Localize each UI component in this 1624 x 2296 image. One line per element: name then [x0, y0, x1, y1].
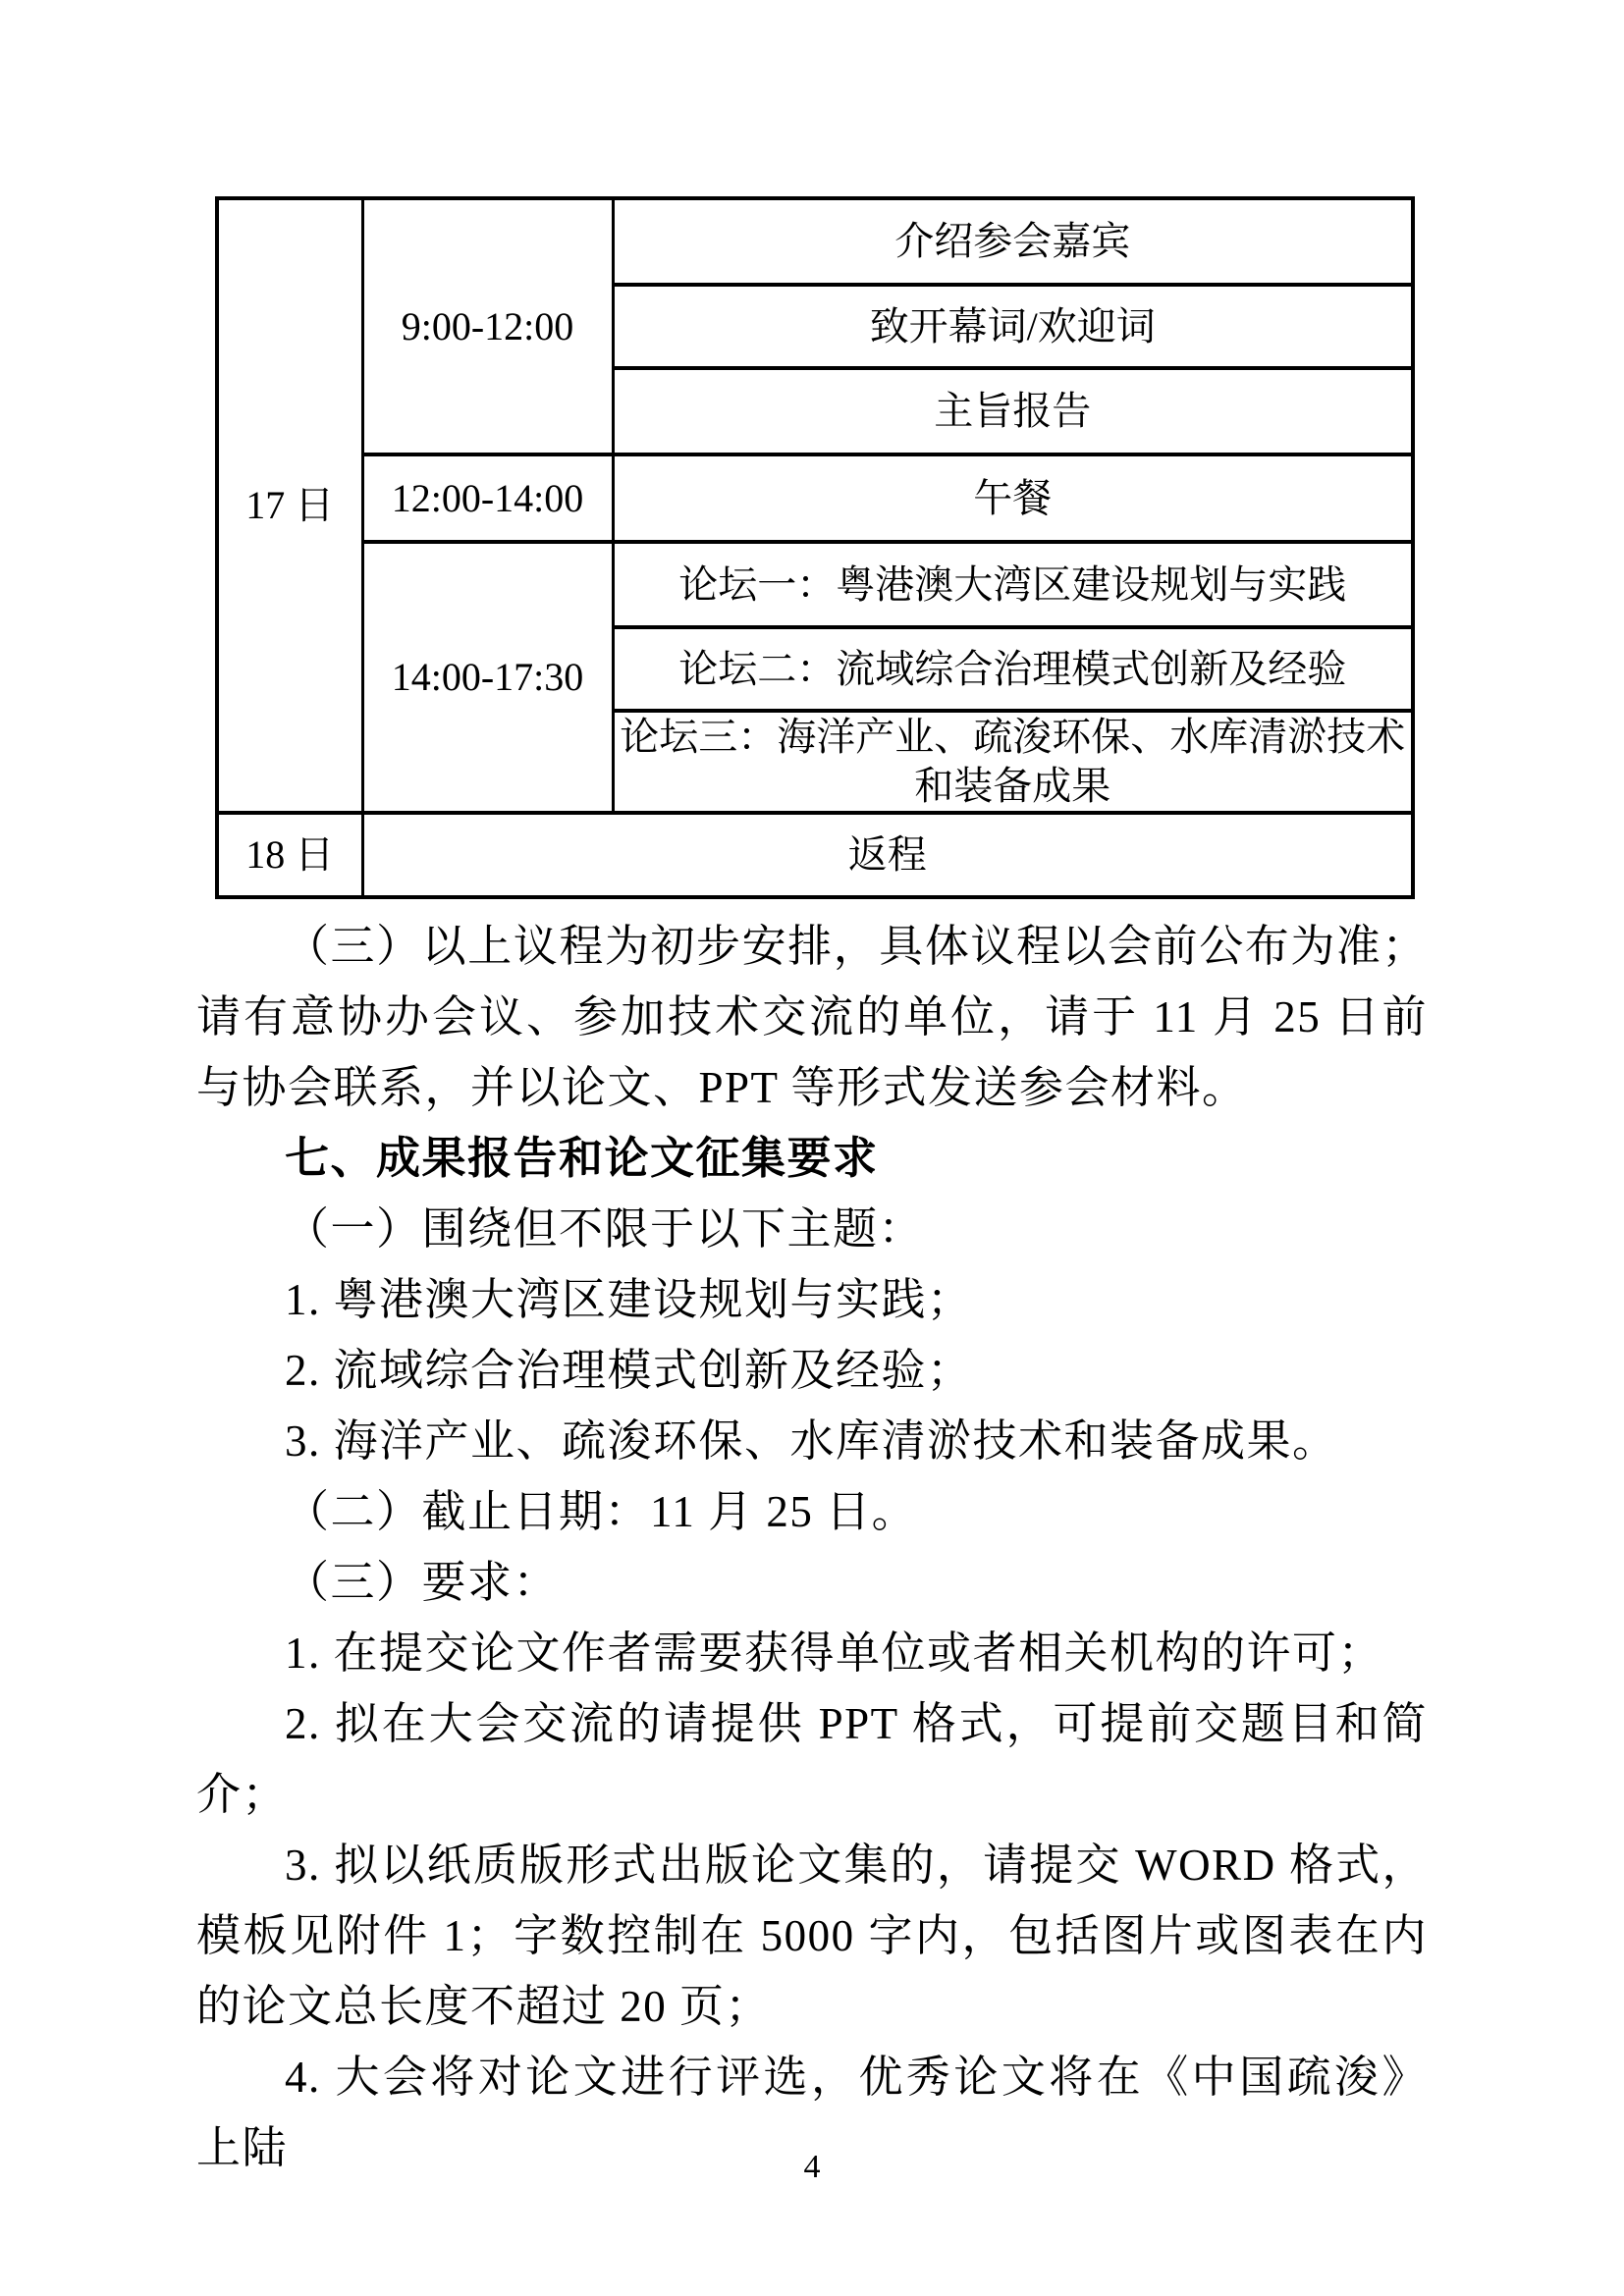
list-item-topic-1: 1. 粤港澳大湾区建设规划与实践； — [196, 1264, 1428, 1335]
cell-day-18: 18 日 — [217, 813, 362, 897]
cell-agenda-return: 返程 — [362, 813, 1413, 897]
paragraph-agenda-note: （三）以上议程为初步安排，具体议程以会前公布为准；请有意协办会议、参加技术交流的… — [196, 911, 1428, 1123]
document-page: 17 日 9:00-12:00 介绍参会嘉宾 致开幕词/欢迎词 主旨报告 12:… — [0, 0, 1624, 2296]
paragraph-deadline: （二）截止日期：11 月 25 日。 — [196, 1476, 1428, 1547]
cell-time-afternoon: 14:00-17:30 — [362, 542, 613, 813]
table-row: 12:00-14:00 午餐 — [217, 454, 1413, 542]
cell-forum-three: 论坛三：海洋产业、疏浚环保、水库清淤技术和装备成果 — [613, 711, 1413, 813]
cell-day-17: 17 日 — [217, 198, 362, 813]
paragraph-topics-intro: （一）围绕但不限于以下主题： — [196, 1194, 1428, 1264]
cell-agenda-keynote: 主旨报告 — [613, 368, 1413, 454]
cell-agenda-intro-guests: 介绍参会嘉宾 — [613, 198, 1413, 285]
cell-agenda-lunch: 午餐 — [613, 454, 1413, 542]
cell-forum-one: 论坛一：粤港澳大湾区建设规划与实践 — [613, 542, 1413, 627]
list-item-topic-2: 2. 流域综合治理模式创新及经验； — [196, 1335, 1428, 1406]
list-item-requirement-2: 2. 拟在大会交流的请提供 PPT 格式，可提前交题目和简介； — [196, 1688, 1428, 1830]
page-number: 4 — [0, 2149, 1624, 2186]
list-item-requirement-1: 1. 在提交论文作者需要获得单位或者相关机构的许可； — [196, 1618, 1428, 1688]
body-text: （三）以上议程为初步安排，具体议程以会前公布为准；请有意协办会议、参加技术交流的… — [196, 911, 1428, 2183]
paragraph-requirements-intro: （三）要求： — [196, 1547, 1428, 1618]
cell-time-morning: 9:00-12:00 — [362, 198, 613, 454]
cell-time-noon: 12:00-14:00 — [362, 454, 613, 542]
schedule-table: 17 日 9:00-12:00 介绍参会嘉宾 致开幕词/欢迎词 主旨报告 12:… — [215, 196, 1415, 899]
cell-forum-two: 论坛二：流域综合治理模式创新及经验 — [613, 627, 1413, 711]
cell-agenda-opening-speech: 致开幕词/欢迎词 — [613, 285, 1413, 368]
table-row: 17 日 9:00-12:00 介绍参会嘉宾 — [217, 198, 1413, 285]
list-item-requirement-3: 3. 拟以纸质版形式出版论文集的，请提交 WORD 格式，模板见附件 1；字数控… — [196, 1830, 1428, 2042]
table-row: 14:00-17:30 论坛一：粤港澳大湾区建设规划与实践 — [217, 542, 1413, 627]
list-item-topic-3: 3. 海洋产业、疏浚环保、水库清淤技术和装备成果。 — [196, 1406, 1428, 1476]
table-row: 18 日 返程 — [217, 813, 1413, 897]
section-heading-seven: 七、成果报告和论文征集要求 — [196, 1123, 1428, 1194]
